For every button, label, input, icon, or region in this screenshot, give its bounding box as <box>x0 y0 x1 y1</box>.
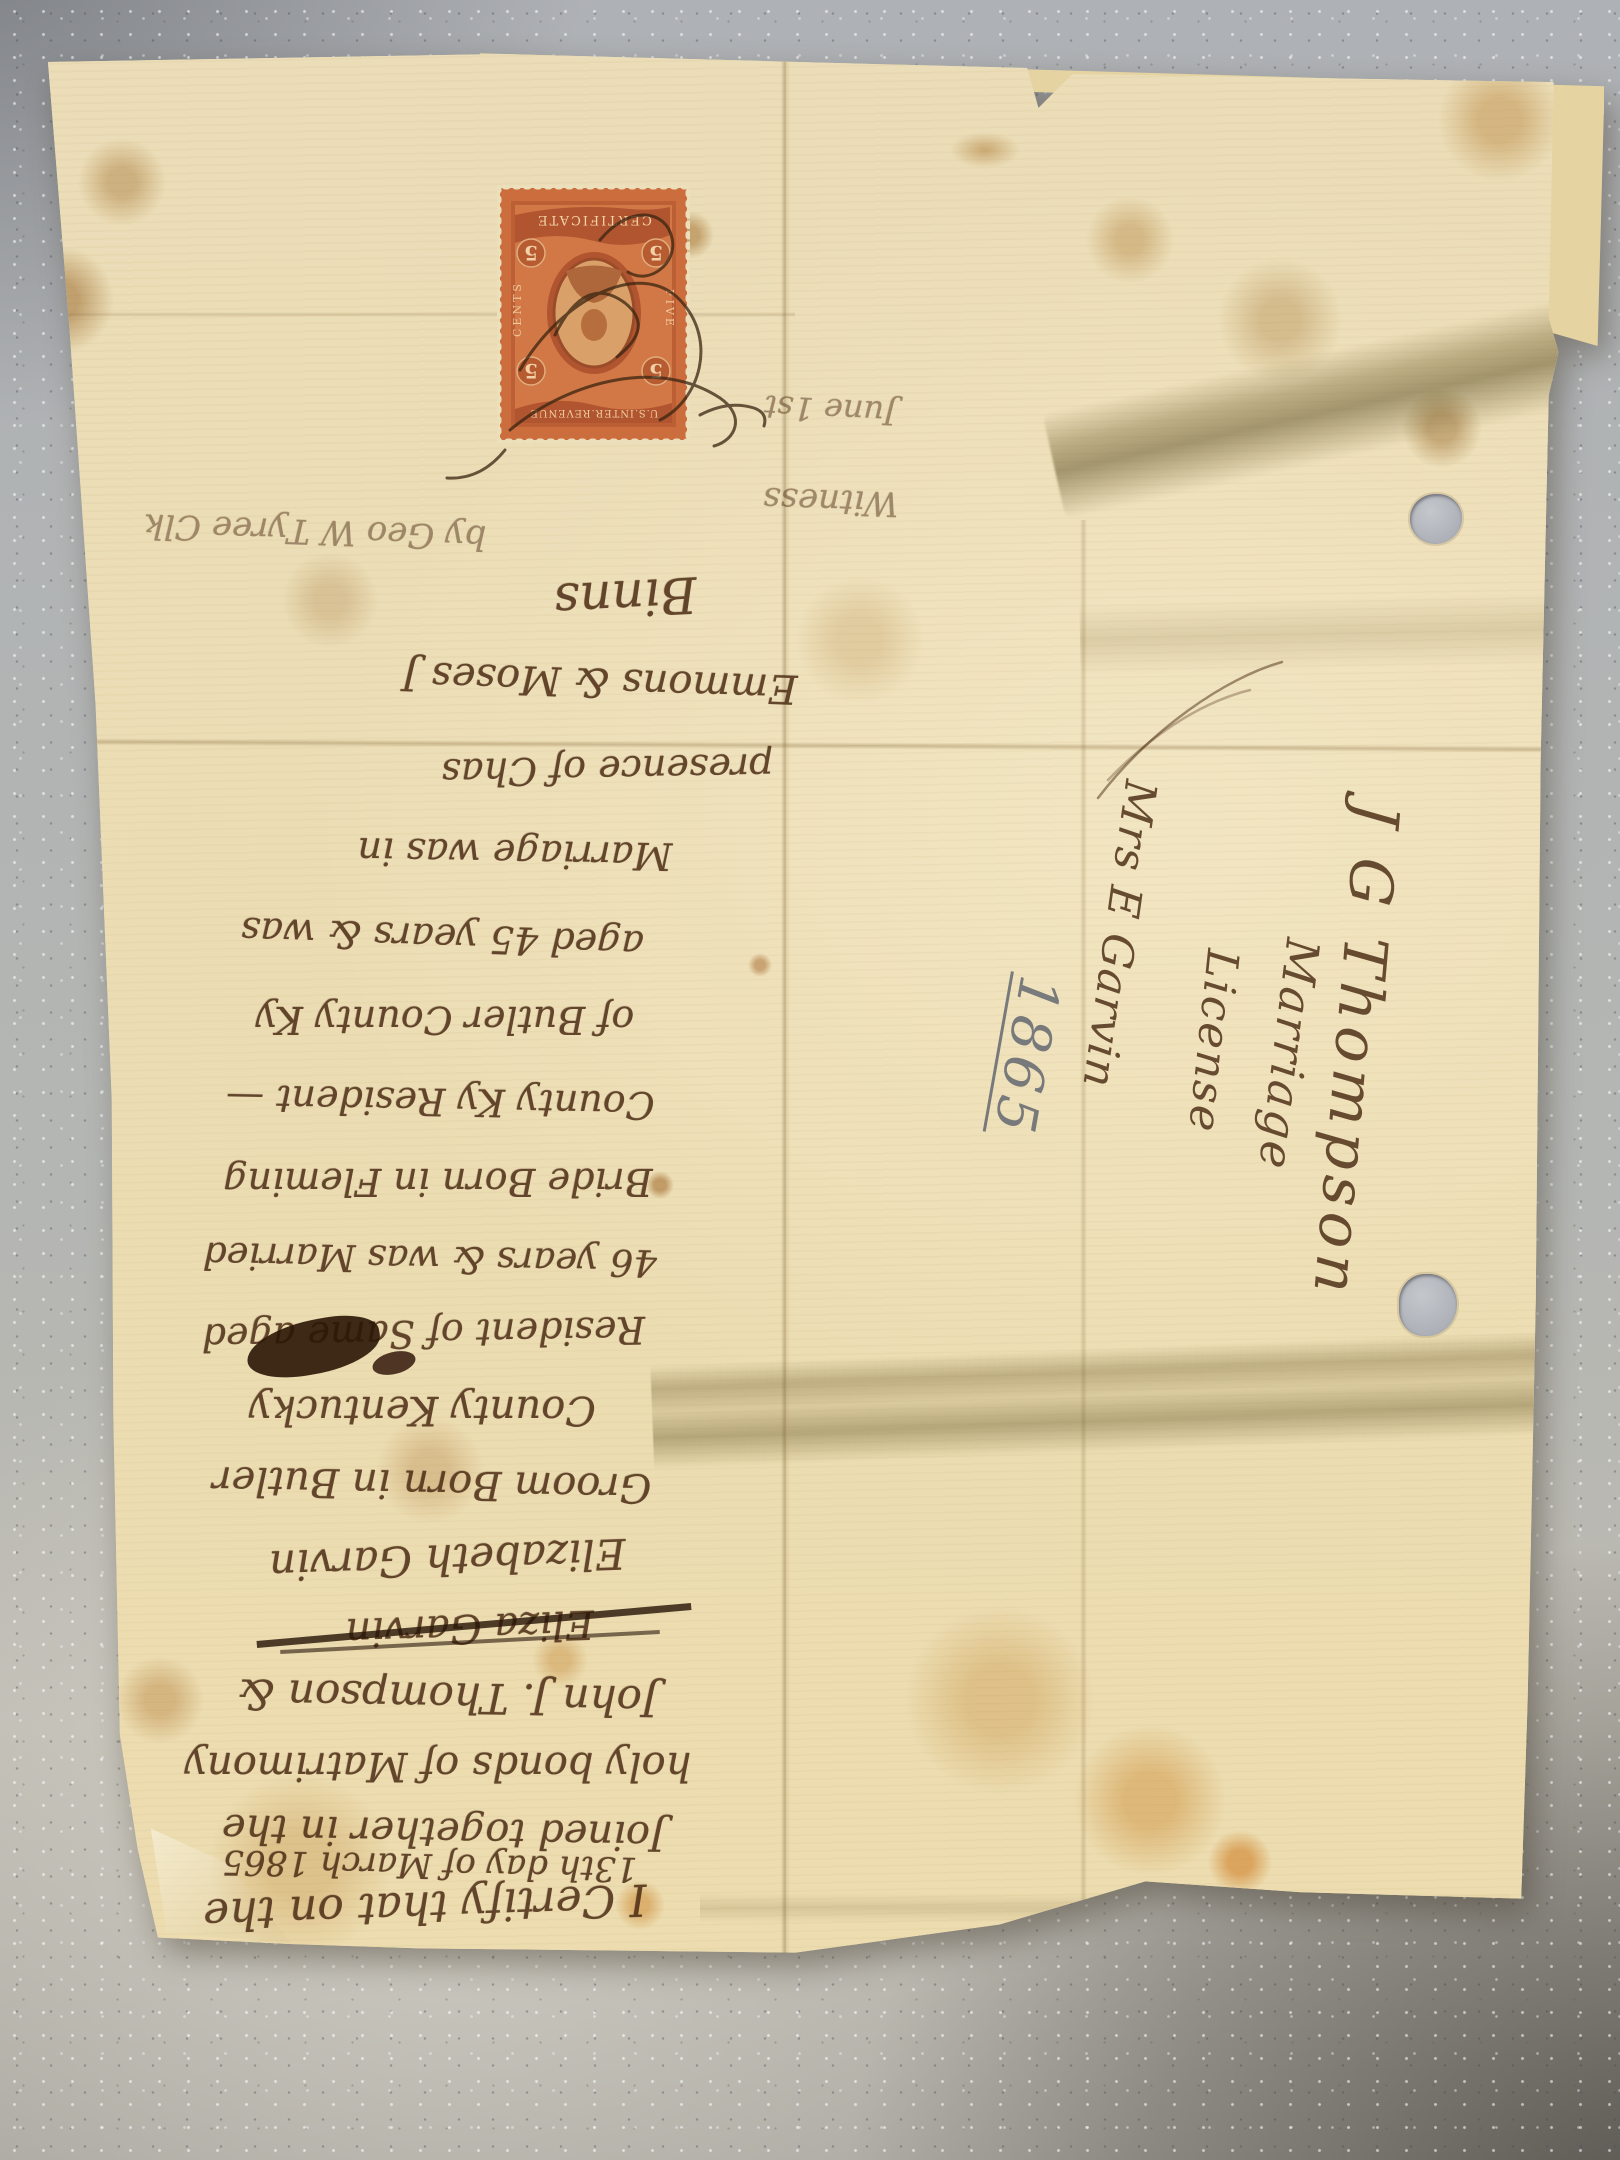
docket-year-pencil: 1865 <box>980 971 1072 1142</box>
handwriting-line: by Geo W Tyree Clk <box>109 505 520 557</box>
handwriting-line: holy bonds of Matrimony <box>148 1744 728 1788</box>
punch-hole <box>1399 1274 1457 1336</box>
fold-stain-band-middle-right <box>1079 592 1561 677</box>
handwriting-line: Witness <box>699 477 962 524</box>
handwriting-line: Groom Born in Butler <box>152 1457 713 1511</box>
horizontal-fold-crease <box>60 738 1555 753</box>
handwriting-line: aged 45 years & was <box>174 907 710 967</box>
fold-stain-band-lower <box>650 1331 1563 1470</box>
folded-document: U.S.INTER.REVENUE CERTIFICATE 5 5 5 5 FI… <box>0 0 1620 2160</box>
handwriting-line: Elizabeth Garvin <box>209 1528 685 1591</box>
handwriting-line: Resident of Same aged <box>126 1307 722 1359</box>
handwriting-line: Emmons & Moses J <box>395 653 804 711</box>
photo-of-document: U.S.INTER.REVENUE CERTIFICATE 5 5 5 5 FI… <box>0 0 1620 2160</box>
revenue-stamp: U.S.INTER.REVENUE CERTIFICATE 5 5 5 5 FI… <box>497 185 690 443</box>
docket-doc-type2: License <box>1178 947 1248 1136</box>
docket-party: Mrs E Garvin <box>1072 777 1166 1092</box>
handwriting-line: presence of Chas <box>415 745 801 794</box>
handwriting-line: Bride Born in Fleming <box>138 1160 738 1202</box>
vertical-fold-crease <box>781 58 790 1958</box>
fold-stain-band-top-right <box>1043 300 1579 519</box>
handwriting-line: 46 years & was Married <box>130 1233 731 1284</box>
handwriting-line: John J. Thompson & <box>168 1669 729 1725</box>
handwriting-line: of Butler County Ky <box>165 998 725 1040</box>
punch-hole <box>1410 494 1462 544</box>
document-sheet: U.S.INTER.REVENUE CERTIFICATE 5 5 5 5 FI… <box>0 0 1620 2160</box>
vertical-fold-crease-2 <box>1080 520 1087 1910</box>
handwriting-line: June 1st <box>697 385 963 434</box>
handwriting-line: County Kentucky <box>140 1388 705 1432</box>
handwriting-line: Marriage was in <box>290 828 741 878</box>
handwriting-line: Binns <box>497 563 755 631</box>
fold-stain-band-bottom <box>700 1893 1510 1923</box>
handwriting-line: County Ky Resident — <box>148 1075 734 1127</box>
